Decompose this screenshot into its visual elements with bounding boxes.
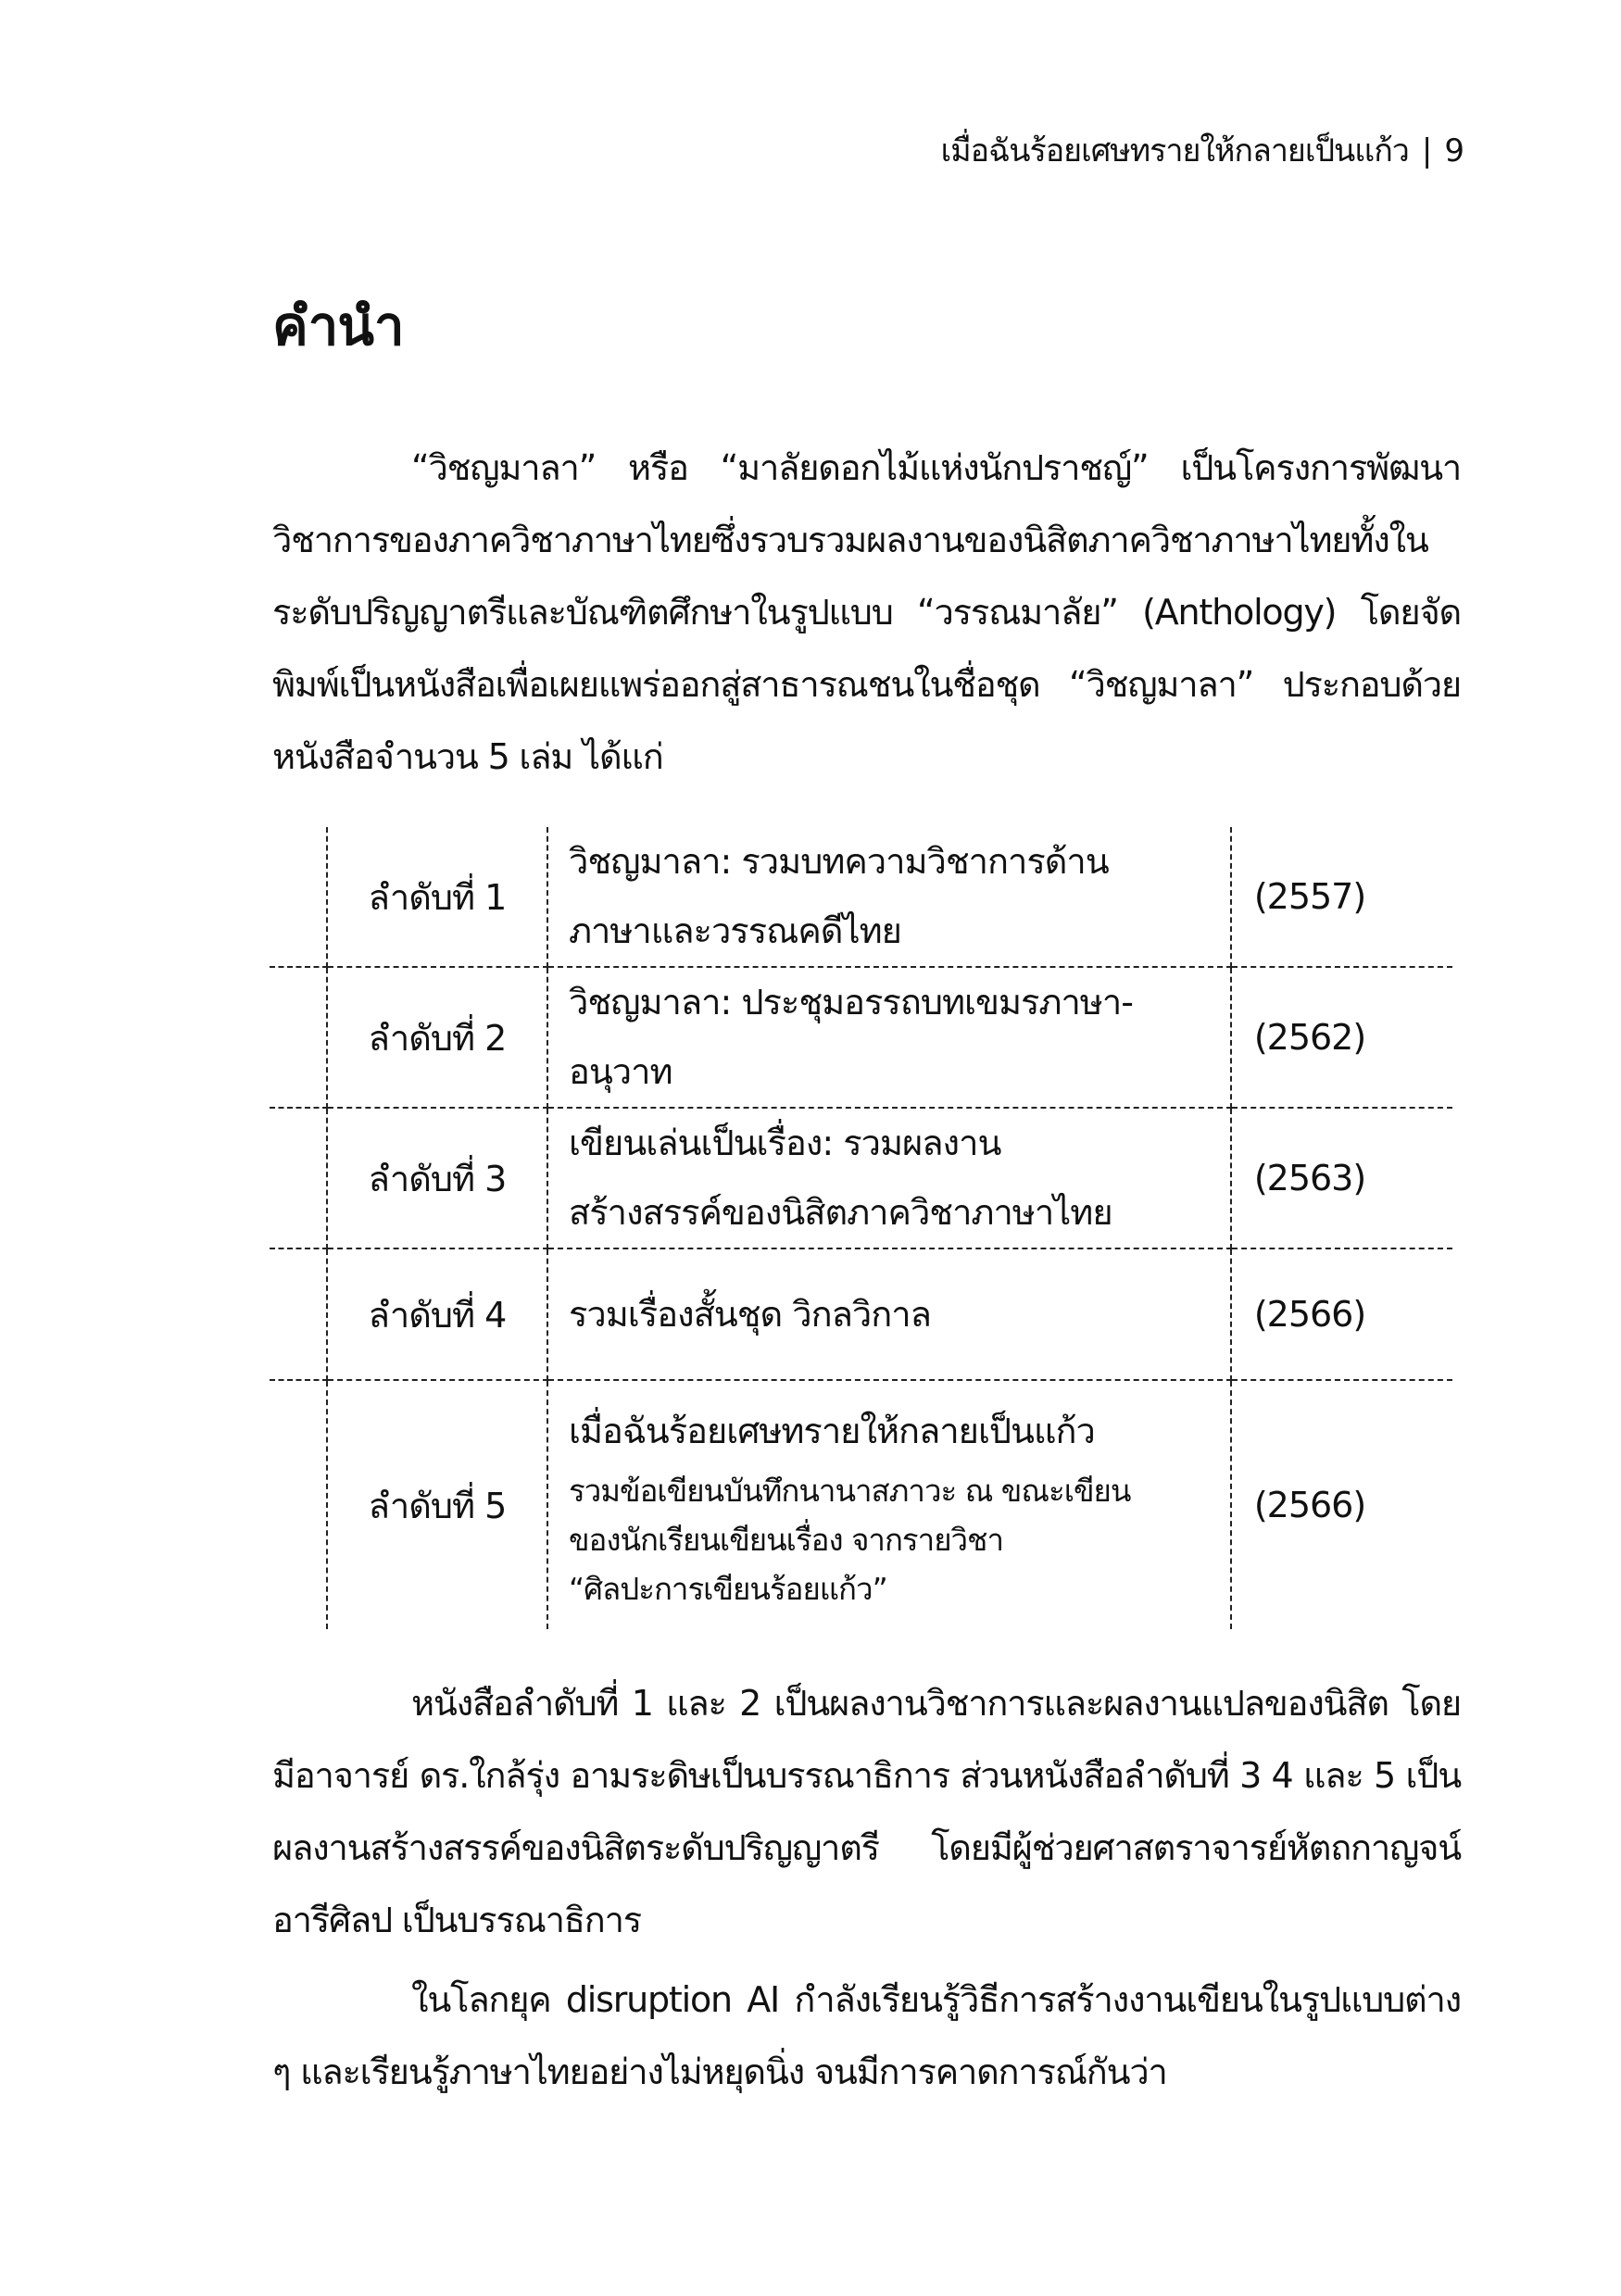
table-gutter-cell [270,827,327,967]
running-header-book-title: เมื่อฉันร้อยเศษทรายให้กลายเป็นแก้ว [941,132,1409,169]
book-title-line: อนุวาท [569,1037,1230,1107]
book-order-cell: ลำดับที่ 3 [327,1108,547,1248]
intro-paragraph-text: “วิชญมาลา” หรือ “มาลัยดอกไม้แห่งนักปราชญ… [272,447,1461,777]
book-order-cell: ลำดับที่ 2 [327,967,547,1108]
book-title-line: เมื่อฉันร้อยเศษทรายให้กลายเป็นแก้ว [569,1397,1230,1466]
table-row: ลำดับที่ 4 รวมเรื่องสั้นชุด วิกลวิกาล (2… [270,1248,1452,1380]
book-title-line: วิชญมาลา: รวมบทความวิชาการด้าน [569,827,1230,897]
book-title-cell: รวมเรื่องสั้นชุด วิกลวิกาล [547,1248,1231,1380]
running-header-separator: | [1422,132,1431,169]
book-title-line: รวมเรื่องสั้นชุด วิกลวิกาล [569,1280,1230,1349]
book-title-cell: เมื่อฉันร้อยเศษทรายให้กลายเป็นแก้ว รวมข้… [547,1380,1231,1629]
book-title-cell: วิชญมาลา: รวมบทความวิชาการด้าน ภาษาและวร… [547,827,1231,967]
editors-paragraph-text: หนังสือลำดับที่ 1 และ 2 เป็นผลงานวิชาการ… [272,1683,1461,1940]
book-series-table: ลำดับที่ 1 วิชญมาลา: รวมบทความวิชาการด้า… [270,827,1452,1629]
disruption-paragraph: ในโลกยุค disruption AI กำลังเรียนรู้วิธี… [272,1964,1461,2108]
book-order-cell: ลำดับที่ 4 [327,1248,547,1380]
table-row: ลำดับที่ 5 เมื่อฉันร้อยเศษทรายให้กลายเป็… [270,1380,1452,1629]
page-number: 9 [1444,132,1464,169]
book-title-cell: วิชญมาลา: ประชุมอรรถบทเขมรภาษา- อนุวาท [547,967,1231,1108]
book-title-line: ภาษาและวรรณคดีไทย [569,897,1230,966]
editors-paragraph: หนังสือลำดับที่ 1 และ 2 เป็นผลงานวิชาการ… [272,1667,1461,1956]
table-row: ลำดับที่ 1 วิชญมาลา: รวมบทความวิชาการด้า… [270,827,1452,967]
book-subtitle-line: ของนักเรียนเขียนเรื่อง จากรายวิชา [569,1515,1230,1564]
book-order-cell: ลำดับที่ 5 [327,1380,547,1629]
book-year-cell: (2557) [1231,827,1452,967]
book-year-cell: (2566) [1231,1248,1452,1380]
table-gutter-cell [270,967,327,1108]
table-row: ลำดับที่ 2 วิชญมาลา: ประชุมอรรถบทเขมรภาษ… [270,967,1452,1108]
book-order-cell: ลำดับที่ 1 [327,827,547,967]
book-subtitle-line: “ศิลปะการเขียนร้อยแก้ว” [569,1564,1230,1613]
table-gutter-cell [270,1380,327,1629]
disruption-paragraph-text: ในโลกยุค disruption AI กำลังเรียนรู้วิธี… [272,1979,1461,2092]
book-title-line: สร้างสรรค์ของนิสิตภาควิชาภาษาไทย [569,1178,1230,1248]
book-year-cell: (2563) [1231,1108,1452,1248]
table-gutter-cell [270,1248,327,1380]
book-title-line: เขียนเล่นเป็นเรื่อง: รวมผลงาน [569,1109,1230,1178]
running-header: เมื่อฉันร้อยเศษทรายให้กลายเป็นแก้ว|9 [941,125,1464,175]
book-title-line: วิชญมาลา: ประชุมอรรถบทเขมรภาษา- [569,968,1230,1037]
page-title: คำนำ [272,282,404,369]
book-title-cell: เขียนเล่นเป็นเรื่อง: รวมผลงาน สร้างสรรค์… [547,1108,1231,1248]
book-year-cell: (2562) [1231,967,1452,1108]
table-row: ลำดับที่ 3 เขียนเล่นเป็นเรื่อง: รวมผลงาน… [270,1108,1452,1248]
book-subtitle-line: รวมข้อเขียนบันทึกนานาสภาวะ ณ ขณะเขียน [569,1466,1230,1515]
intro-paragraph: “วิชญมาลา” หรือ “มาลัยดอกไม้แห่งนักปราชญ… [272,432,1461,793]
book-year-cell: (2566) [1231,1380,1452,1629]
table-gutter-cell [270,1108,327,1248]
